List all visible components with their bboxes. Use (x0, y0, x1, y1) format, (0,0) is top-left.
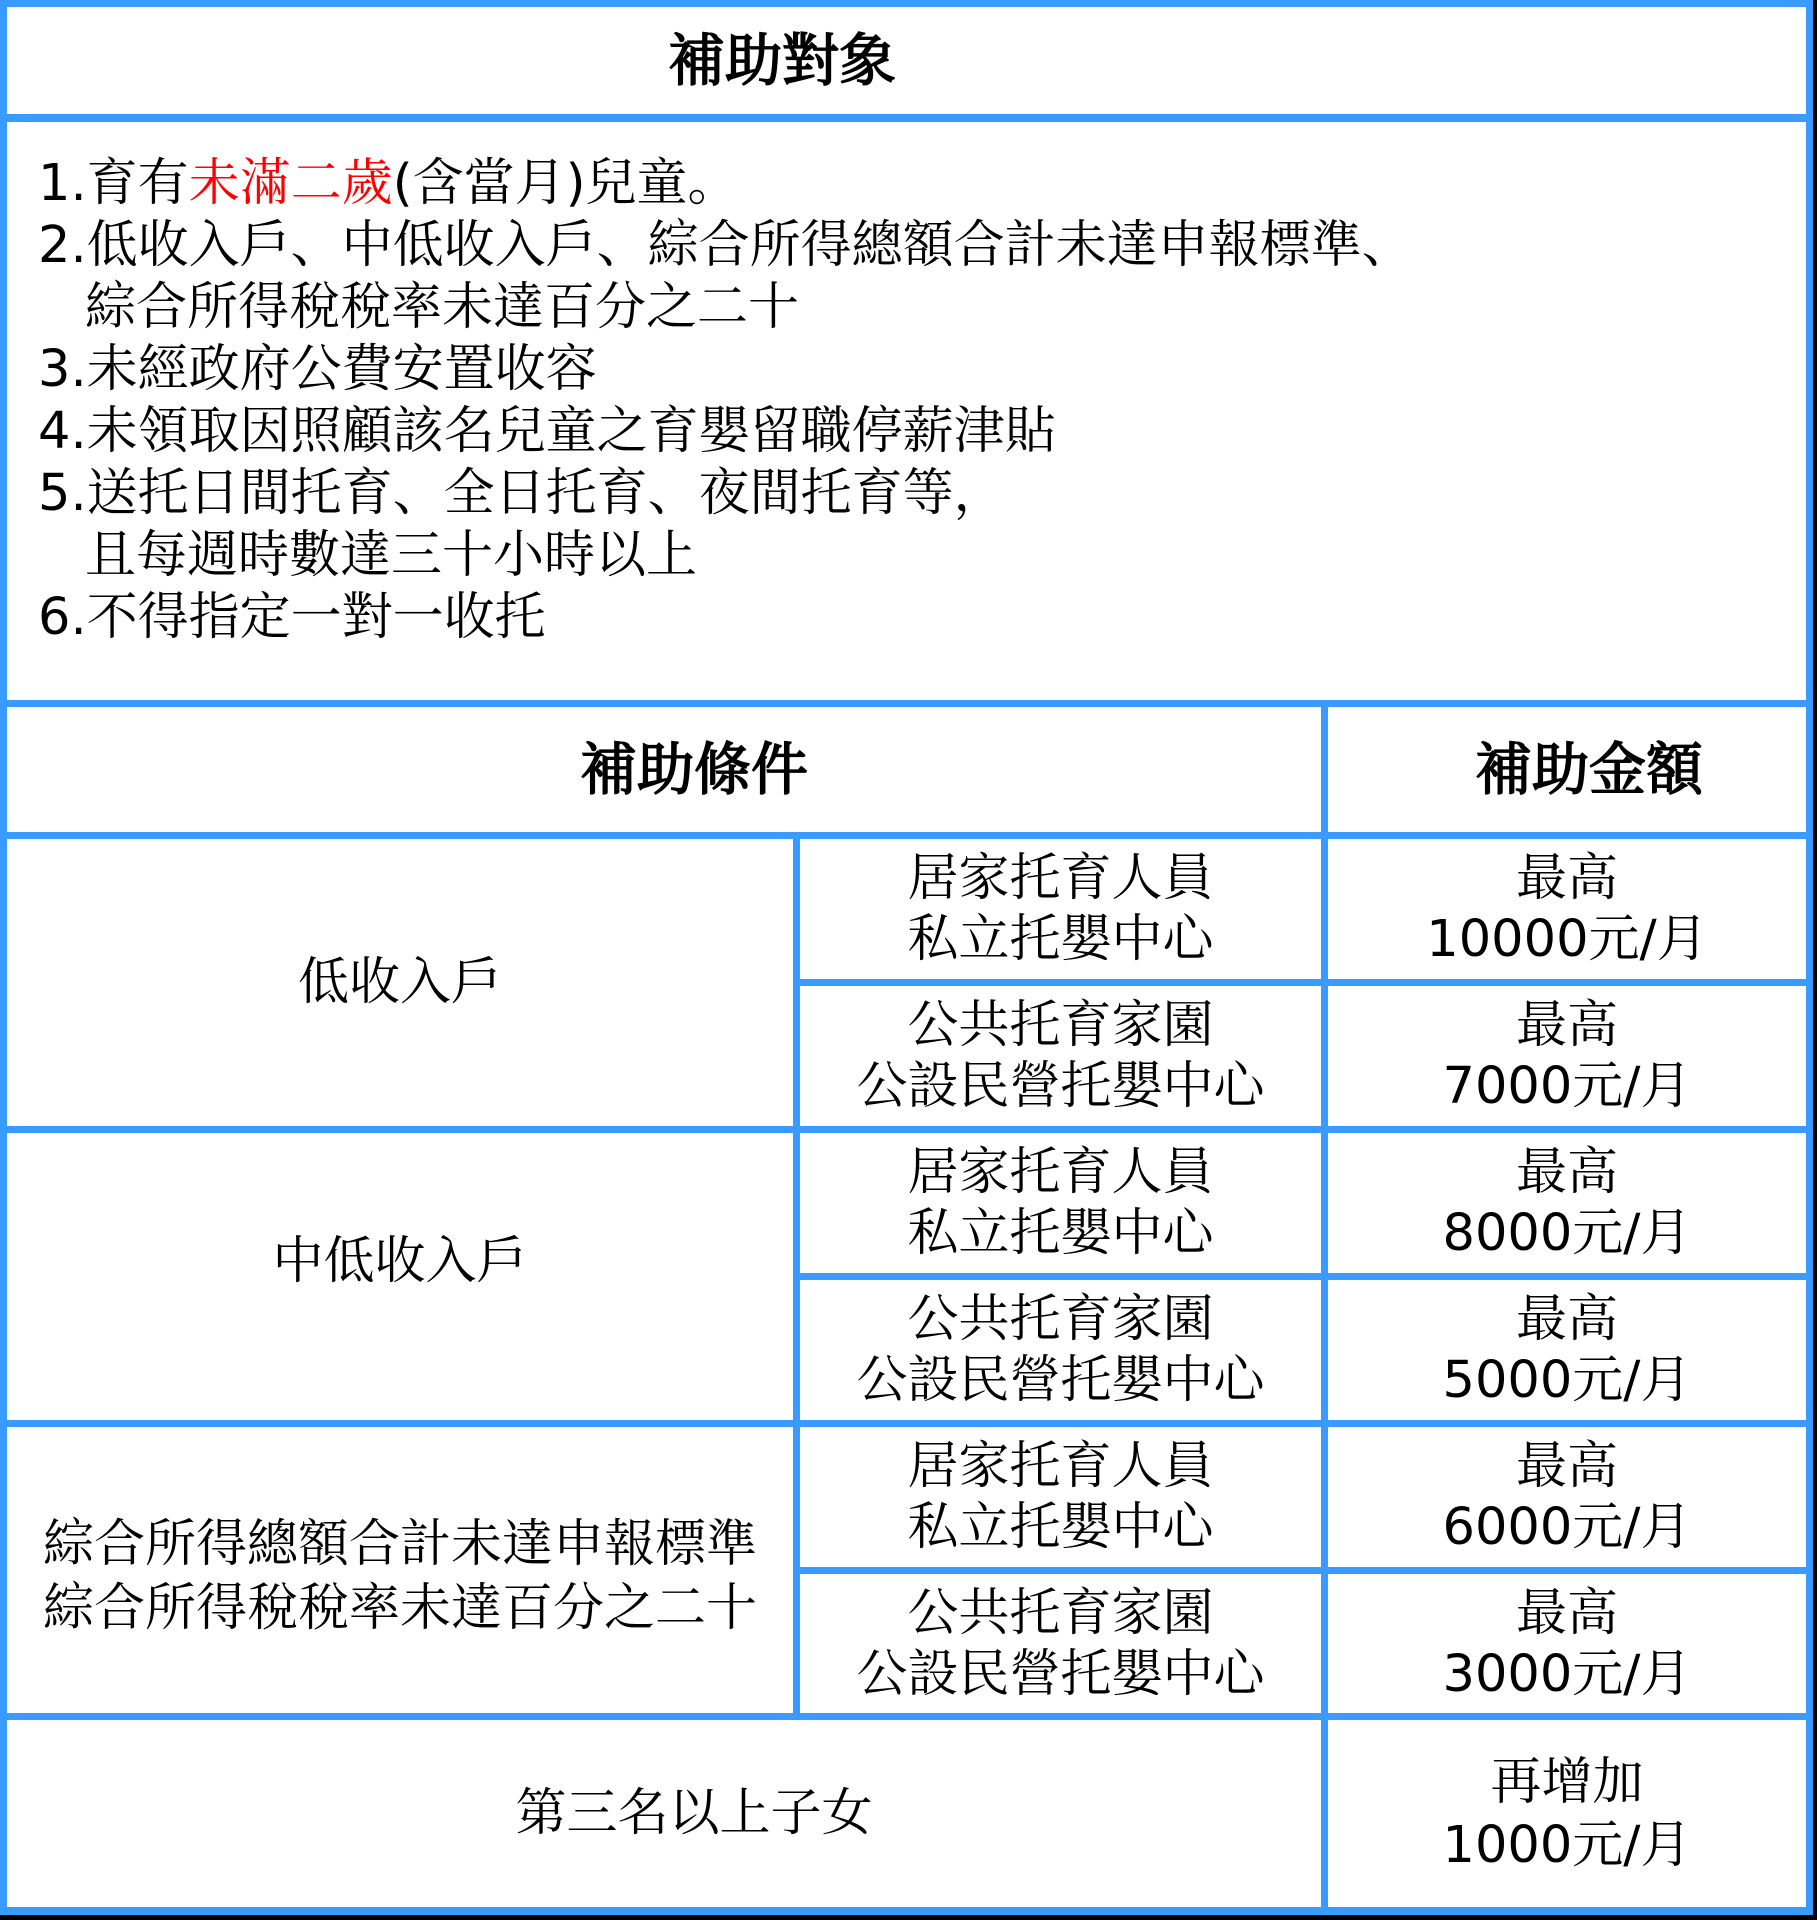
list-item: 5.送托日間托育、全日托育、夜間托育等， (38, 463, 1806, 525)
care-type-line: 公共托育家園 (907, 995, 1213, 1056)
item-text: 且每週時數達三十小時以上 (85, 526, 697, 585)
item-text: 低收入戶、中低收入戶、綜合所得總額合計未達申報標準、 (87, 216, 1413, 275)
item-text: 不得指定一對一收托 (87, 588, 546, 647)
amount-qualifier: 最高 (1516, 848, 1618, 909)
care-type-line: 公設民營托嬰中心 (856, 1644, 1264, 1705)
item-number: 5. (38, 464, 87, 523)
amount-cell: 最高 10000元/月 (1328, 839, 1806, 979)
care-type-line: 公設民營托嬰中心 (856, 1350, 1264, 1411)
item-highlight-text: 未滿二歲 (189, 154, 393, 213)
amount-cell: 最高 5000元/月 (1328, 1280, 1806, 1420)
care-type-cell: 居家托育人員 私立托嬰中心 (800, 1427, 1321, 1567)
item-number: 4. (38, 402, 87, 461)
column-header-amount: 補助金額 (1328, 707, 1806, 832)
item-text: 未領取因照顧該名兒童之育嬰留職停薪津貼 (87, 402, 1056, 461)
amount-value: 3000元/月 (1443, 1644, 1692, 1705)
column-header-label: 補助條件 (580, 738, 808, 802)
care-type-line: 公共托育家園 (907, 1583, 1213, 1644)
care-type-line: 居家托育人員 (907, 848, 1213, 909)
amount-qualifier: 最高 (1516, 1142, 1618, 1203)
care-type-line: 公共托育家園 (907, 1289, 1213, 1350)
care-type-line: 公設民營托嬰中心 (856, 1056, 1264, 1117)
amount-cell: 最高 7000元/月 (1328, 986, 1806, 1126)
item-text: 育有 (87, 154, 189, 213)
item-text: (含當月)兒童。 (393, 154, 739, 213)
list-item: 2.低收入戶、中低收入戶、綜合所得總額合計未達申報標準、 (38, 215, 1806, 277)
group-label-text: 中低收入戶 (272, 1231, 527, 1292)
amount-qualifier: 最高 (1516, 1289, 1618, 1350)
care-type-line: 私立托嬰中心 (907, 1203, 1213, 1264)
group-label-text: 綜合所得稅稅率未達百分之二十 (43, 1577, 757, 1641)
group-label-income-threshold: 綜合所得總額合計未達申報標準 綜合所得稅稅率未達百分之二十 (7, 1427, 793, 1713)
item-number: 3. (38, 340, 87, 399)
column-header-label: 補助金額 (1475, 738, 1703, 802)
amount-value: 5000元/月 (1443, 1350, 1692, 1411)
group-label-mid-low-income: 中低收入戶 (7, 1133, 793, 1420)
eligibility-list: 1.育有未滿二歲(含當月)兒童。 2.低收入戶、中低收入戶、綜合所得總額合計未達… (7, 122, 1806, 700)
item-text: 未經政府公費安置收容 (87, 340, 597, 399)
list-item: 3.未經政府公費安置收容 (38, 339, 1806, 401)
amount-value: 8000元/月 (1443, 1203, 1692, 1264)
list-item: 6.不得指定一對一收托 (38, 587, 1806, 649)
amount-qualifier: 最高 (1516, 995, 1618, 1056)
list-item-continuation: 且每週時數達三十小時以上 (38, 525, 1806, 587)
extra-child-amount-cell: 再增加 1000元/月 (1328, 1720, 1806, 1907)
group-label-low-income: 低收入戶 (7, 839, 793, 1126)
section-title: 補助對象 (668, 29, 896, 93)
care-type-line: 居家托育人員 (907, 1436, 1213, 1497)
item-number: 1. (38, 154, 87, 213)
amount-value: 1000元/月 (1443, 1814, 1692, 1877)
list-item: 4.未領取因照顧該名兒童之育嬰留職停薪津貼 (38, 401, 1806, 463)
care-type-cell: 公共托育家園 公設民營托嬰中心 (800, 1574, 1321, 1713)
list-item: 1.育有未滿二歲(含當月)兒童。 (38, 153, 1806, 215)
care-type-cell: 居家托育人員 私立托嬰中心 (800, 1133, 1321, 1273)
amount-cell: 最高 6000元/月 (1328, 1427, 1806, 1567)
subsidy-info-board: 補助對象 1.育有未滿二歲(含當月)兒童。 2.低收入戶、中低收入戶、綜合所得總… (0, 0, 1813, 1915)
list-item-continuation: 綜合所得稅稅率未達百分之二十 (38, 277, 1806, 339)
amount-value: 6000元/月 (1443, 1497, 1692, 1558)
amount-cell: 最高 8000元/月 (1328, 1133, 1806, 1273)
section-title-cell: 補助對象 (7, 7, 1806, 114)
care-type-cell: 居家托育人員 私立托嬰中心 (800, 839, 1321, 979)
group-label-text: 低收入戶 (298, 952, 502, 1013)
amount-qualifier: 最高 (1516, 1583, 1618, 1644)
amount-cell: 最高 3000元/月 (1328, 1574, 1806, 1713)
care-type-cell: 公共托育家園 公設民營托嬰中心 (800, 986, 1321, 1126)
care-type-line: 居家托育人員 (907, 1142, 1213, 1203)
extra-child-label: 第三名以上子女 (515, 1783, 872, 1844)
item-number: 2. (38, 216, 87, 275)
item-text: 送托日間托育、全日托育、夜間托育等， (87, 464, 1005, 523)
amount-value: 10000元/月 (1426, 909, 1707, 970)
item-number: 6. (38, 588, 87, 647)
care-type-cell: 公共托育家園 公設民營托嬰中心 (800, 1280, 1321, 1420)
care-type-line: 私立托嬰中心 (907, 909, 1213, 970)
column-header-condition: 補助條件 (7, 707, 1321, 832)
item-text: 綜合所得稅稅率未達百分之二十 (85, 278, 799, 337)
group-label-text: 綜合所得總額合計未達申報標準 (43, 1513, 757, 1577)
amount-value: 7000元/月 (1443, 1056, 1692, 1117)
amount-qualifier: 再增加 (1490, 1751, 1643, 1814)
extra-child-label-cell: 第三名以上子女 (7, 1720, 1321, 1907)
care-type-line: 私立托嬰中心 (907, 1497, 1213, 1558)
amount-qualifier: 最高 (1516, 1436, 1618, 1497)
